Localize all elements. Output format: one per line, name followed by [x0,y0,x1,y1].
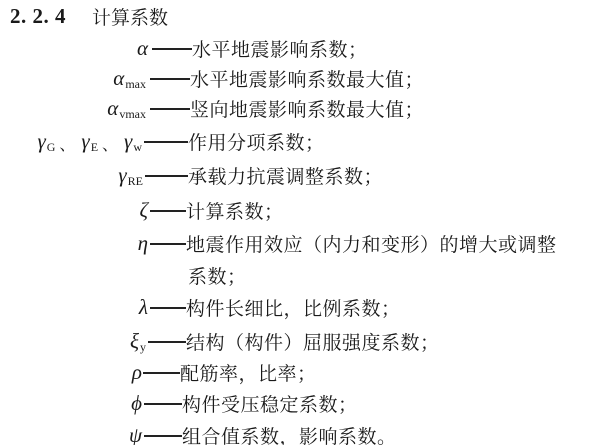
definition-row-rho: ρ 配筋率，比率； [0,357,317,387]
em-dash [150,307,186,308]
symbol: ξy [130,326,146,356]
definition-row-xi-y: ξy 结构（构件）屈服强度系数； [0,326,440,356]
definition-row-gamma-factors: γG、 γE、 γw 作用分项系数； [0,126,325,156]
definition-text: 结构（构件）屈服强度系数； [186,328,440,355]
em-dash [150,210,186,211]
em-dash [145,175,188,176]
symbol: γRE [118,160,143,190]
definition-row-gamma-re: γRE 承载力抗震调整系数； [0,160,383,190]
definition-row-alpha-max: αmax 水平地震影响系数最大值； [0,63,424,93]
definition-row-alpha: α 水平地震影响系数； [0,33,368,63]
definition-row-psi: ψ 组合值系数，影响系数。 [0,420,397,445]
em-dash [150,78,190,79]
definition-text: 配筋率，比率； [180,359,317,386]
section-title: 计算系数 [92,3,168,30]
symbol: αvmax [107,93,146,123]
symbol: α [137,33,148,63]
definition-row-eta: η 地震作用效应（内力和变形）的增大或调整 [0,228,557,258]
definition-text: 作用分项系数； [188,128,325,155]
em-dash [144,141,188,142]
definition-text: 地震作用效应（内力和变形）的增大或调整 [186,230,557,257]
symbol: η [138,228,148,258]
definition-text: 竖向地震影响系数最大值； [190,95,424,122]
symbol: λ [139,292,148,322]
em-dash [144,403,182,404]
definition-row-phi: ϕ 构件受压稳定系数； [0,388,358,418]
em-dash [150,108,190,109]
definition-text: 水平地震影响系数最大值； [190,65,424,92]
symbol: ϕ [131,388,142,418]
symbol-group: γG、 γE、 γw [37,126,142,156]
definition-row-alpha-vmax: αvmax 竖向地震影响系数最大值； [0,93,424,123]
em-dash [148,341,186,342]
definition-text: 水平地震影响系数； [192,35,368,62]
definition-row-zeta: ζ 计算系数； [0,195,284,225]
definition-text: 计算系数； [186,197,284,224]
definition-text: 组合值系数，影响系数。 [182,422,397,445]
definition-text: 构件受压稳定系数； [182,390,358,417]
section-heading: 2. 2. 4 计算系数 [10,2,168,30]
em-dash [152,48,192,49]
em-dash [143,372,180,373]
definition-text: 承载力抗震调整系数； [188,162,383,189]
symbol: ψ [129,420,142,445]
symbol: αmax [113,63,146,93]
symbol: ρ [132,357,142,387]
definition-row-lambda: λ 构件长细比，比例系数； [0,292,401,322]
definition-continuation: 系数； [188,262,247,289]
definition-text: 构件长细比，比例系数； [186,294,401,321]
section-number: 2. 2. 4 [10,4,66,29]
em-dash [144,435,182,436]
em-dash [150,243,186,244]
symbol: ζ [139,195,148,225]
